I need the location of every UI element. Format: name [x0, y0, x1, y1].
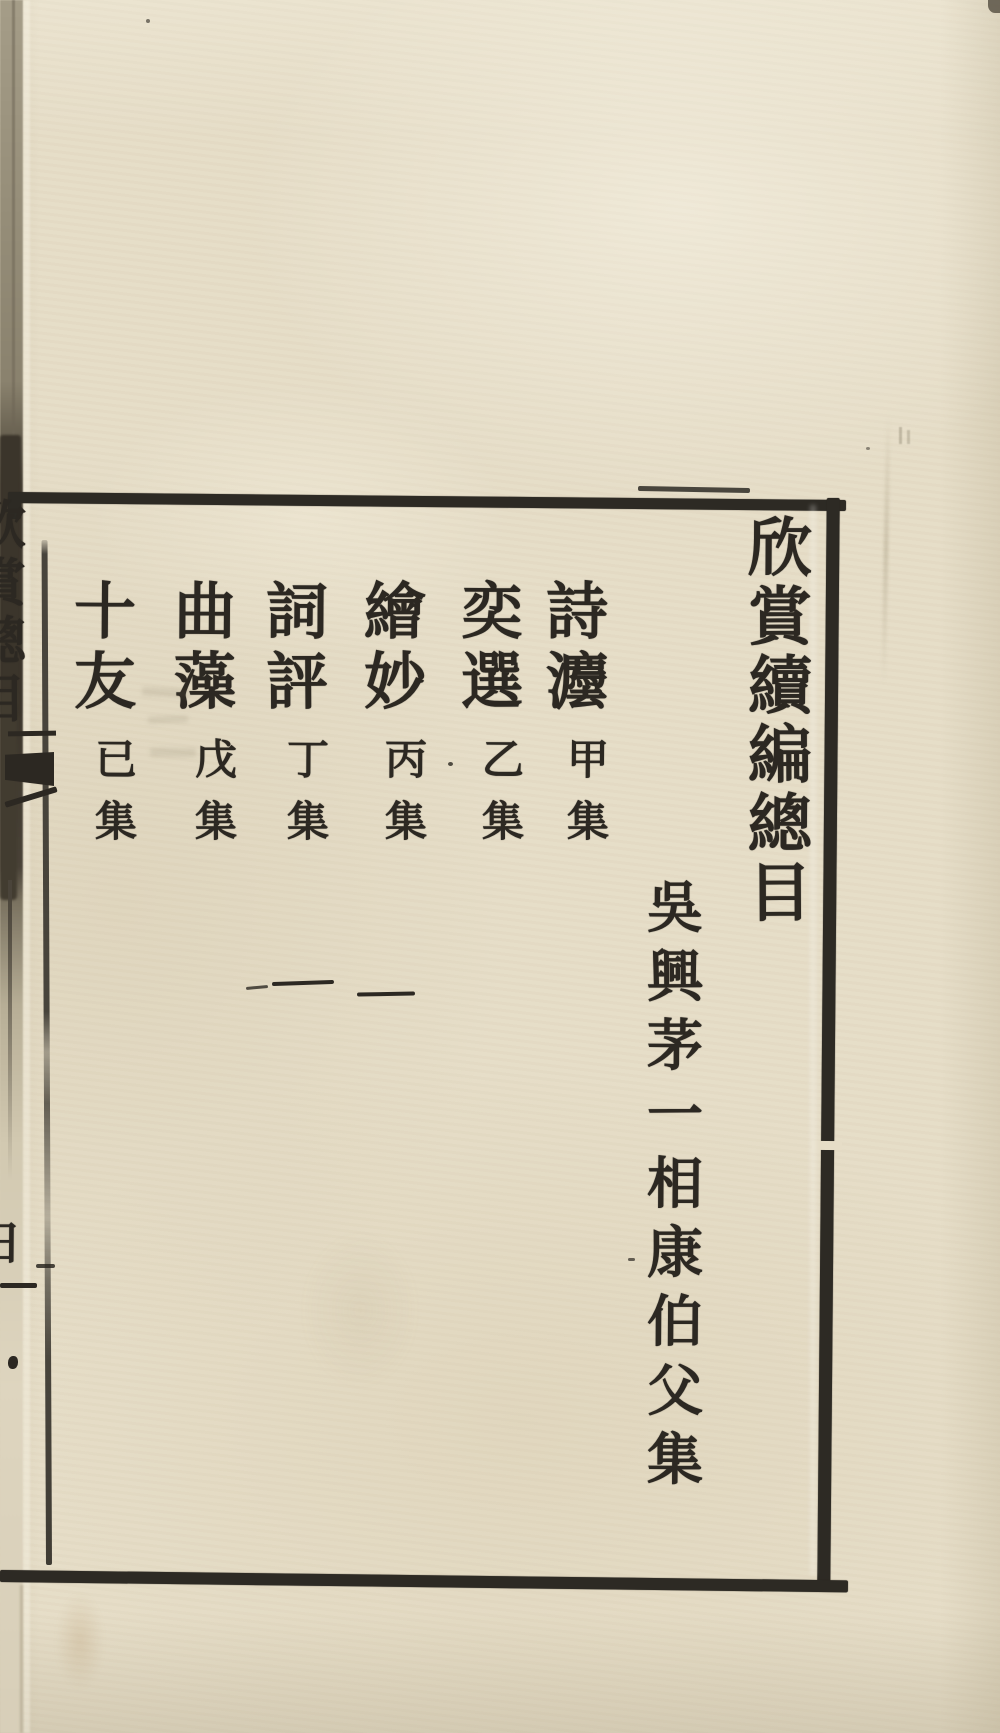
cjk-glyph: 灋: [542, 648, 612, 718]
entry-title: 詩灋: [542, 578, 612, 718]
cjk-glyph: 集: [640, 1427, 710, 1496]
frame-border-top-doubled-segment: [638, 486, 750, 493]
ink-speck: [448, 762, 453, 766]
cjk-glyph: 繪: [360, 578, 430, 648]
page-edge-highlight: [23, 0, 30, 1733]
frame-inner-left-line: [42, 540, 52, 1565]
cjk-glyph: 總: [0, 614, 37, 673]
frame-border-right: [817, 498, 840, 1588]
stray-ink-dash: [272, 980, 334, 986]
entry-collection-label: 乙集: [468, 734, 538, 858]
entry-collection-label: 丙集: [371, 734, 441, 858]
cjk-glyph: 賞: [0, 556, 37, 614]
entry-title: 奕選: [457, 578, 527, 718]
banxin-divider-line: [8, 731, 56, 737]
frame-border-top: [8, 492, 846, 511]
cjk-glyph: 茅: [640, 1013, 710, 1082]
cjk-glyph: 欣: [741, 515, 819, 585]
frame-border-break: [812, 1141, 842, 1150]
cjk-glyph: 丁: [273, 734, 343, 796]
cjk-glyph: 集: [181, 796, 251, 858]
bleedthrough-mark: [150, 748, 196, 758]
spine-fold-line: [8, 880, 12, 1180]
cjk-glyph: 集: [468, 796, 538, 858]
stray-ink-tick: [0, 1283, 37, 1288]
faint-mark: [907, 430, 910, 444]
cjk-glyph: 集: [81, 796, 151, 858]
cjk-glyph: 興: [640, 944, 710, 1013]
cjk-glyph: 丙: [371, 734, 441, 796]
cjk-glyph: 目: [741, 860, 819, 929]
paper-crease: [882, 415, 891, 685]
cjk-glyph: 吳: [640, 875, 710, 944]
ink-blot: [8, 1356, 18, 1369]
toc-entry-column: 詩灋 甲集: [542, 578, 612, 858]
cjk-glyph: 日: [0, 1218, 28, 1270]
entry-collection-label: 甲集: [553, 734, 623, 858]
cjk-glyph: 妙: [360, 648, 430, 718]
cjk-glyph: 編: [741, 722, 819, 791]
ink-speck: [146, 19, 150, 23]
toc-entry-column: 十友 已集: [70, 578, 140, 858]
cjk-glyph: 戊: [181, 734, 251, 796]
ink-speck: [628, 1258, 635, 1261]
cjk-glyph: 續: [741, 653, 819, 723]
paper-stain: [56, 1592, 104, 1690]
cjk-glyph: 總: [741, 791, 819, 861]
paper-crease: [20, 1585, 23, 1733]
cjk-glyph: 欣: [0, 498, 37, 556]
cjk-glyph: 父: [640, 1358, 710, 1427]
bleedthrough-mark: [142, 687, 190, 698]
entry-collection-label: 丁集: [273, 734, 343, 858]
toc-entry-column: 繪妙 丙集: [360, 578, 430, 858]
entry-title: 繪妙: [360, 578, 430, 718]
spine-fold-line: [12, 0, 15, 460]
cjk-glyph: 一: [640, 1082, 710, 1151]
bleedthrough-mark: [148, 715, 188, 723]
spine-caption-partial: 欣賞總目: [0, 498, 38, 730]
cjk-glyph: 選: [457, 648, 527, 718]
stray-ink-dash: [246, 985, 268, 990]
cjk-glyph: 相: [640, 1151, 710, 1220]
cjk-glyph: 十: [70, 578, 140, 648]
stray-ink-dash: [357, 991, 415, 996]
cjk-glyph: 奕: [457, 578, 527, 648]
cjk-glyph: 集: [371, 796, 441, 858]
cjk-glyph: 評: [262, 648, 332, 718]
ink-speck: [866, 447, 870, 450]
faint-mark: [899, 427, 902, 444]
cjk-glyph: 曲: [170, 578, 240, 648]
cjk-glyph: 詞: [262, 578, 332, 648]
cjk-glyph: 集: [553, 796, 623, 858]
cjk-glyph: 詩: [542, 578, 612, 648]
cjk-glyph: 乙: [468, 734, 538, 796]
page-title-column: 欣賞續編總目: [741, 515, 819, 929]
entry-collection-label: 已集: [81, 734, 151, 858]
author-column: 吳興茅一相康伯父集: [640, 875, 710, 1496]
cjk-glyph: 友: [70, 648, 140, 718]
cjk-glyph: 伯: [640, 1289, 710, 1358]
cjk-glyph: 已: [81, 734, 151, 796]
entry-title: 十友: [70, 578, 140, 718]
entry-title: 詞評: [262, 578, 332, 718]
cjk-glyph: 甲: [553, 734, 623, 796]
frame-border-bottom: [0, 1570, 848, 1592]
corner-damage: [988, 0, 1000, 13]
cjk-glyph: 藻: [170, 648, 240, 718]
paper-stain: [300, 1230, 420, 1390]
toc-entry-column: 奕選 乙集: [457, 578, 527, 858]
stray-ink-tick: [36, 1264, 55, 1268]
cjk-glyph: 目: [0, 672, 37, 730]
cjk-glyph: 康: [640, 1220, 710, 1289]
spine-caption-partial-char: 日: [0, 1218, 28, 1270]
cjk-glyph: 賞: [741, 584, 819, 653]
book-page-scan: 欣賞總目 日 欣賞續編總目 吳興茅一相康伯父集 詩灋 甲集 奕選 乙集 繪妙 丙…: [0, 0, 1000, 1733]
toc-entry-column: 詞評 丁集: [262, 578, 332, 858]
cjk-glyph: 集: [273, 796, 343, 858]
